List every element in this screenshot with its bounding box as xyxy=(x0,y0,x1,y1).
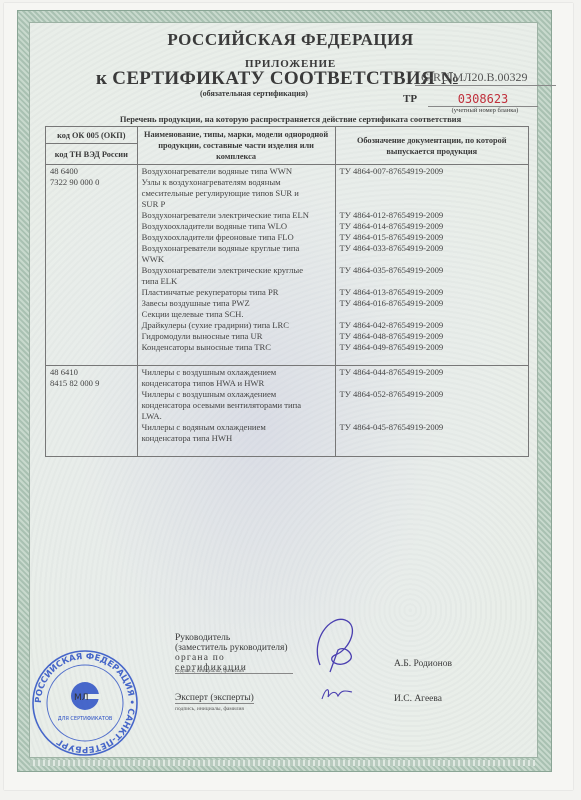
product-docs: ТУ 4864-007-87654919-2009ТУ 4864-012-876… xyxy=(335,165,529,366)
product-name-line: Драйкулеры (сухие градирни) типа LRC xyxy=(142,320,331,331)
spec-document: ТУ 4864-052-87654919-2009 xyxy=(340,389,525,400)
table-row: 48 64007322 90 000 0Воздухонагреватели в… xyxy=(46,165,529,366)
okp-code: 48 6410 xyxy=(50,367,133,378)
product-name-line: Гидромодули выносные типа UR xyxy=(142,331,331,342)
spec-document: ТУ 4864-013-87654919-2009 xyxy=(340,287,525,298)
certification-stamp: РОССИЙСКАЯ ФЕДЕРАЦИЯ • САНКТ-ПЕТЕРБУРГ М… xyxy=(30,648,140,758)
header-docs: Обозначение документации, по которой вып… xyxy=(335,127,529,165)
okp-code: 48 6400 xyxy=(50,166,133,177)
head-role-line-2: (заместитель руководителя) xyxy=(175,643,293,653)
spec-document: ТУ 4864-033-87654919-2009 xyxy=(340,243,525,254)
spec-document: ТУ 4864-049-87654919-2009 xyxy=(340,342,525,353)
product-codes: 48 64108415 82 000 9 xyxy=(46,366,138,457)
product-name-line: смесительные регулирующие типов SUR и xyxy=(142,188,331,199)
spec-document: ТУ 4864-012-87654919-2009 xyxy=(340,210,525,221)
header-code-tnved: код ТН ВЭД России xyxy=(46,144,138,165)
certificate-title-text: к СЕРТИФИКАТУ СООТВЕТСТВИЯ xyxy=(96,68,435,89)
spec-document: ТУ 4864-016-87654919-2009 xyxy=(340,298,525,309)
product-name-line: LWA. xyxy=(142,411,331,422)
product-names: Воздухонагреватели водяные типа WWNУзлы … xyxy=(137,165,335,366)
product-name-line: конденсатора осевыми вентиляторами типа xyxy=(142,400,331,411)
product-name-line: SUR P xyxy=(142,199,331,210)
expert-role: Эксперт (эксперты) xyxy=(175,693,254,704)
product-name-line: Чиллеры с воздушным охлаждением xyxy=(142,389,331,400)
product-name-line: Воздухоохладители фреоновые типа FLO xyxy=(142,232,331,243)
product-name-line: конденсатора типов HWA и HWR xyxy=(142,378,331,389)
spec-document: ТУ 4864-014-87654919-2009 xyxy=(340,221,525,232)
product-name-line: Пластинчатые рекуператоры типа PR xyxy=(142,287,331,298)
product-list-title: Перечень продукции, на которую распростр… xyxy=(0,114,581,124)
product-codes: 48 64007322 90 000 0 xyxy=(46,165,138,366)
expert-signature xyxy=(318,683,358,703)
product-name-line: Воздухонагреватели водяные типа WWN xyxy=(142,166,331,177)
product-docs: ТУ 4864-044-87654919-2009ТУ 4864-052-876… xyxy=(335,366,529,457)
product-name-line: Завесы воздушные типа PWZ xyxy=(142,298,331,309)
product-name-line: Конденсаторы выносные типа TRC xyxy=(142,342,331,353)
spec-document: ТУ 4864-045-87654919-2009 xyxy=(340,422,525,433)
product-name-line: Воздухонагреватели электрические типа EL… xyxy=(142,210,331,221)
product-name-line: Воздухонагреватели водяные круглые типа xyxy=(142,243,331,254)
spec-document: ТУ 4864-007-87654919-2009 xyxy=(340,166,525,177)
product-name-line: Воздухоохладители водяные типа WLO xyxy=(142,221,331,232)
table-row: 48 64108415 82 000 9Чиллеры с воздушным … xyxy=(46,366,529,457)
product-names: Чиллеры с воздушным охлаждениемконденсат… xyxy=(137,366,335,457)
product-name-line: Узлы к воздухонагревателям водяным xyxy=(142,177,331,188)
product-name-line: Чиллеры с водяным охлаждением xyxy=(142,422,331,433)
head-role-line-1: Руководитель xyxy=(175,633,293,643)
tp-label: ТР xyxy=(403,93,417,105)
head-signature xyxy=(300,610,380,680)
tnved-code: 7322 90 000 0 xyxy=(50,177,133,188)
header-name: Наименование, типы, марки, модели одноро… xyxy=(137,127,335,165)
header-code-okp: код ОК 005 (ОКП) xyxy=(46,127,138,144)
product-name-line: WWK xyxy=(142,254,331,265)
microtext-strip xyxy=(30,760,535,766)
product-name-line: Чиллеры с воздушным охлаждением xyxy=(142,367,331,378)
spec-document: ТУ 4864-035-87654919-2009 xyxy=(340,265,525,276)
tnved-code: 8415 82 000 9 xyxy=(50,378,133,389)
spec-document: ТУ 4864-044-87654919-2009 xyxy=(340,367,525,378)
product-name-line: типа ELK xyxy=(142,276,331,287)
product-name-line: Секции щелевые типа SCH. xyxy=(142,309,331,320)
blank-number: 0308623 xyxy=(428,92,538,107)
certification-type: (обязательная сертификация) xyxy=(200,89,308,98)
product-name-line: Воздухонагреватели электрические круглые xyxy=(142,265,331,276)
expert-caption: подпись, инициалы, фамилия xyxy=(175,706,244,712)
certificate-title: к СЕРТИФИКАТУ СООТВЕТСТВИЯ№ xyxy=(96,68,459,90)
head-name: А.Б. Родионов xyxy=(394,659,452,669)
head-caption: подпись, инициалы, фамилия xyxy=(175,668,244,674)
blank-number-caption: (учетный номер бланка) xyxy=(430,107,540,114)
stamp-mark: МЛ xyxy=(74,693,89,703)
spec-document: ТУ 4864-015-87654919-2009 xyxy=(340,232,525,243)
stamp-sub: ДЛЯ СЕРТИФИКАТОВ xyxy=(58,716,113,722)
expert-name: И.С. Агеева xyxy=(394,694,442,704)
spec-document: ТУ 4864-048-87654919-2009 xyxy=(340,331,525,342)
certificate-number: C-RU.МЛ20.В.00329 xyxy=(415,70,556,86)
product-table: код ОК 005 (ОКП) Наименование, типы, мар… xyxy=(45,126,529,457)
spec-document: ТУ 4864-042-87654919-2009 xyxy=(340,320,525,331)
product-name-line: конденсатора типа HWH xyxy=(142,433,331,444)
country-heading: РОССИЙСКАЯ ФЕДЕРАЦИЯ xyxy=(0,30,581,50)
